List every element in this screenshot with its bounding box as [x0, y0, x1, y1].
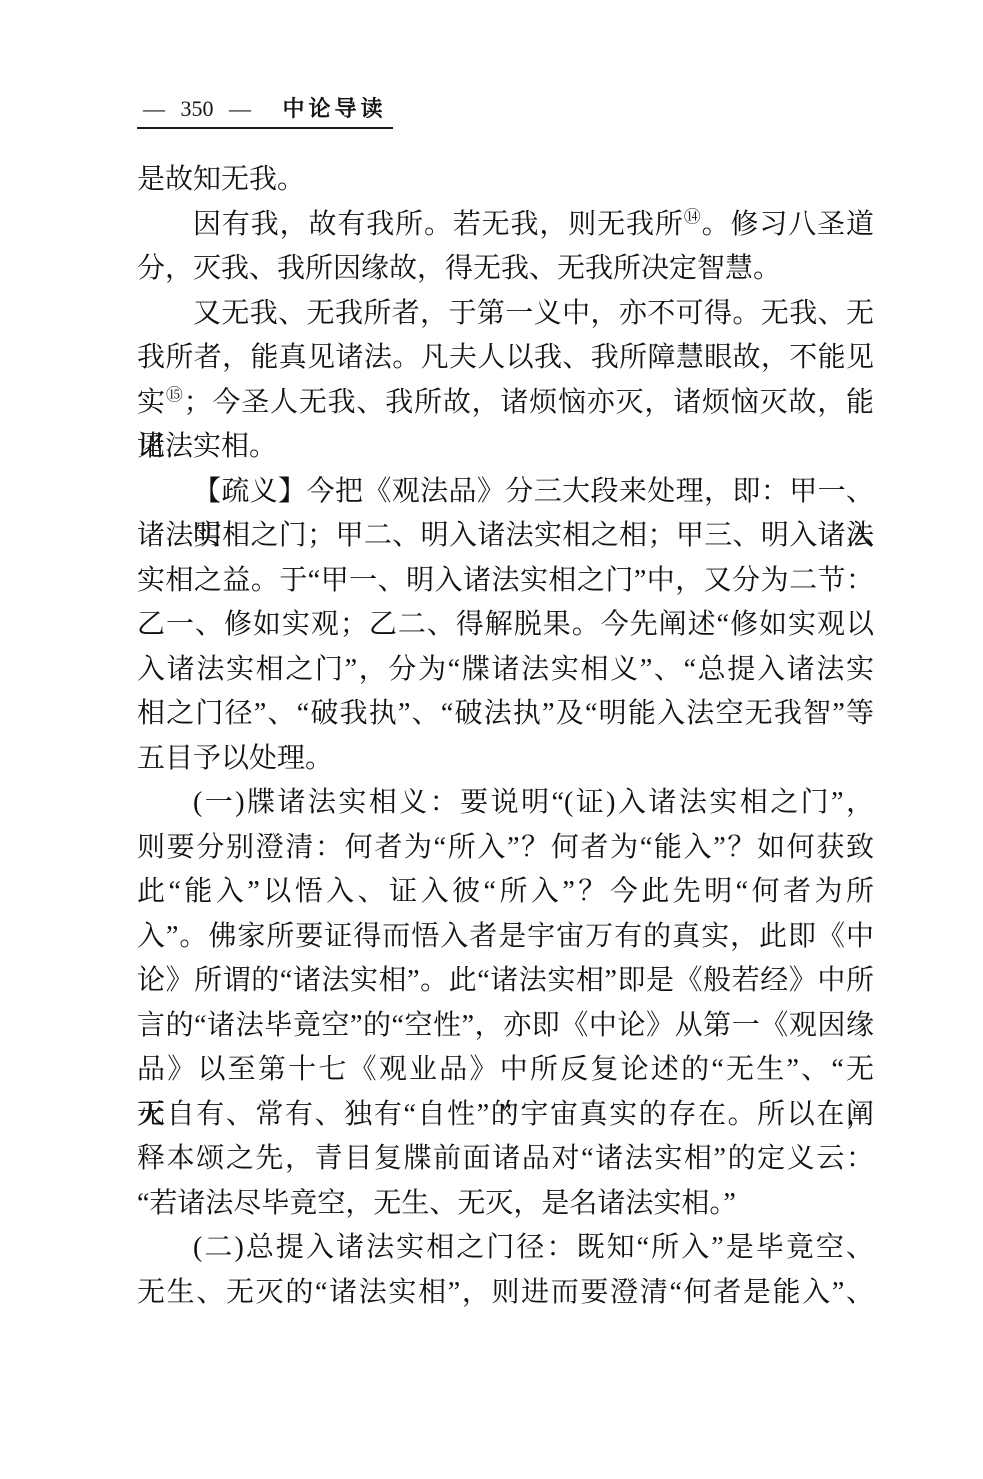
footnote-marker: ⑭: [684, 207, 702, 226]
text-line: 乙一、修如实观；乙二、得解脱果。今先阐述“修如实观以: [137, 603, 874, 648]
text-line: 论》所谓的“诸法实相”。此“诸法实相”即是《般若经》中所: [137, 959, 874, 1004]
footnote-marker: ⑮: [166, 385, 184, 404]
text-line: 五目予以处理。: [137, 737, 874, 782]
text-line: 相之门径”、“破我执”、“破法执”及“明能入法空无我智”等: [137, 692, 874, 737]
text-line: 因有我，故有我所。若无我，则无我所⑭。修习八圣道: [137, 203, 874, 248]
text-line: 是故知无我。: [137, 158, 874, 203]
text-line: 分，灭我、我所因缘故，得无我、无我所决定智慧。: [137, 247, 874, 292]
text-line: 无自有、常有、独有“自性”的宇宙真实的存在。所以在阐: [137, 1093, 874, 1138]
text-line: 品》以至第十七《观业品》中所反复论述的“无生”、“无灭”，: [137, 1048, 874, 1093]
text-line: 实相之益。于“甲一、明入诸法实相之门”中，又分为二节：: [137, 559, 874, 604]
text-line: (二)总提入诸法实相之门径：既知“所入”是毕竟空、: [137, 1226, 874, 1271]
book-page: — 350 — 中论导读 是故知无我。因有我，故有我所。若无我，则无我所⑭。修习…: [0, 0, 983, 1479]
text-line: 言的“诸法毕竟空”的“空性”，亦即《中论》从第一《观因缘: [137, 1004, 874, 1049]
text-line: 实⑮；今圣人无我、我所故，诸烦恼亦灭，诸烦恼灭故，能见: [137, 381, 874, 426]
body-text: 是故知无我。因有我，故有我所。若无我，则无我所⑭。修习八圣道分，灭我、我所因缘故…: [137, 158, 874, 1315]
text-line: “若诸法尽毕竟空，无生、无灭，是名诸法实相。”: [137, 1182, 874, 1227]
text-line: 入”。佛家所要证得而悟入者是宇宙万有的真实，此即《中: [137, 915, 874, 960]
running-header-rule: — 350 — 中论导读: [137, 96, 393, 129]
text-line: 又无我、无我所者，于第一义中，亦不可得。无我、无: [137, 292, 874, 337]
text-line: 无生、无灭的“诸法实相”，则进而要澄清“何者是能入”、: [137, 1271, 874, 1316]
book-title: 中论导读: [283, 96, 387, 122]
header-dash-right: —: [229, 96, 251, 122]
text-line: 诸法实相。: [137, 425, 874, 470]
text-line: 释本颂之先，青目复牒前面诸品对“诸法实相”的定义云：: [137, 1137, 874, 1182]
text-line: 【疏义】今把《观法品》分三大段来处理，即：甲一、明入: [137, 470, 874, 515]
text-line: 我所者，能真见诸法。凡夫人以我、我所障慧眼故，不能见: [137, 336, 874, 381]
text-line: (一)牒诸法实相义：要说明“(证)入诸法实相之门”，: [137, 781, 874, 826]
text-line: 则要分别澄清：何者为“所入”？何者为“能入”？如何获致: [137, 826, 874, 871]
header-dash-left: —: [143, 96, 165, 122]
text-line: 诸法实相之门；甲二、明入诸法实相之相；甲三、明入诸法: [137, 514, 874, 559]
text-line: 此“能入”以悟入、证入彼“所入”？今此先明“何者为所: [137, 870, 874, 915]
text-line: 入诸法实相之门”，分为“牒诸法实相义”、“总提入诸法实: [137, 648, 874, 693]
page-number: 350: [181, 96, 214, 122]
running-header: — 350 — 中论导读: [137, 96, 393, 129]
